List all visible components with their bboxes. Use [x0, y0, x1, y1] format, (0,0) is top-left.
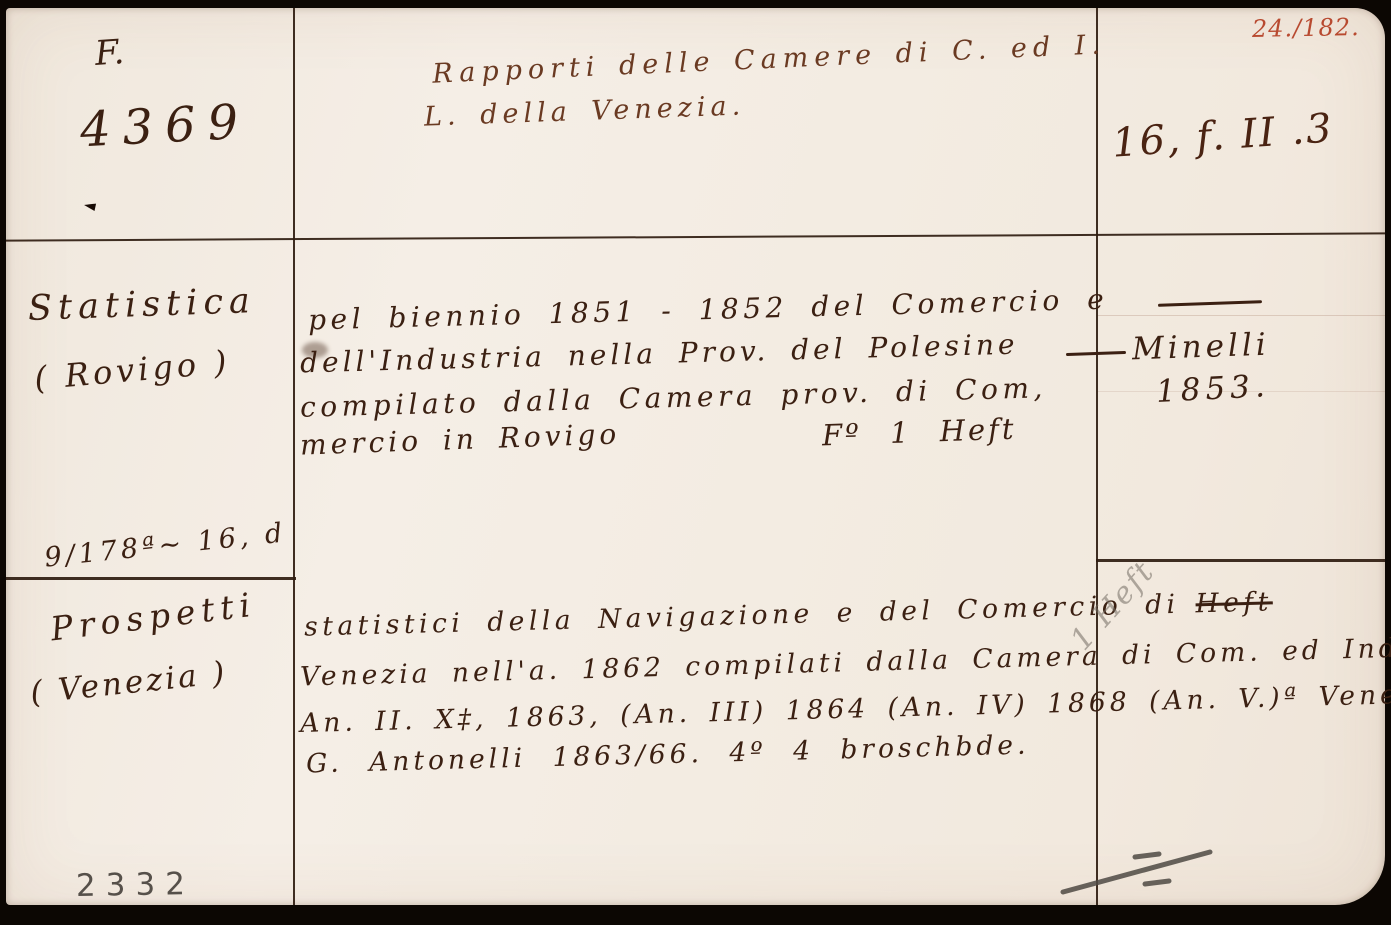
- vertical-rule-right: [1096, 8, 1098, 905]
- entry1-author: Minelli: [1132, 330, 1271, 366]
- entry1-year: 1853.: [1155, 371, 1270, 408]
- card-number: 4369: [79, 98, 251, 155]
- scanned-catalog-card-photo: F. 4369 ◄ Rapporti delle Camere di C. ed…: [0, 0, 1391, 925]
- horizontal-rule-left-cell: [6, 577, 296, 580]
- pencil-catalog-number: 2332: [76, 869, 195, 902]
- entry1-format-note: Fº 1 Heft: [822, 415, 1017, 451]
- pencil-check-slash: [1025, 830, 1245, 910]
- ink-smudge: [302, 342, 328, 358]
- ink-blot-arrow: ◄: [83, 197, 97, 214]
- vertical-rule-left: [293, 8, 295, 905]
- entry1-subject: Statistica: [27, 284, 256, 327]
- class-letter: F.: [94, 35, 125, 71]
- entry2-struck-word: Heft: [1195, 586, 1273, 619]
- red-archive-number: 24./182.: [1252, 15, 1360, 41]
- faint-paper-line-1: [1098, 315, 1385, 316]
